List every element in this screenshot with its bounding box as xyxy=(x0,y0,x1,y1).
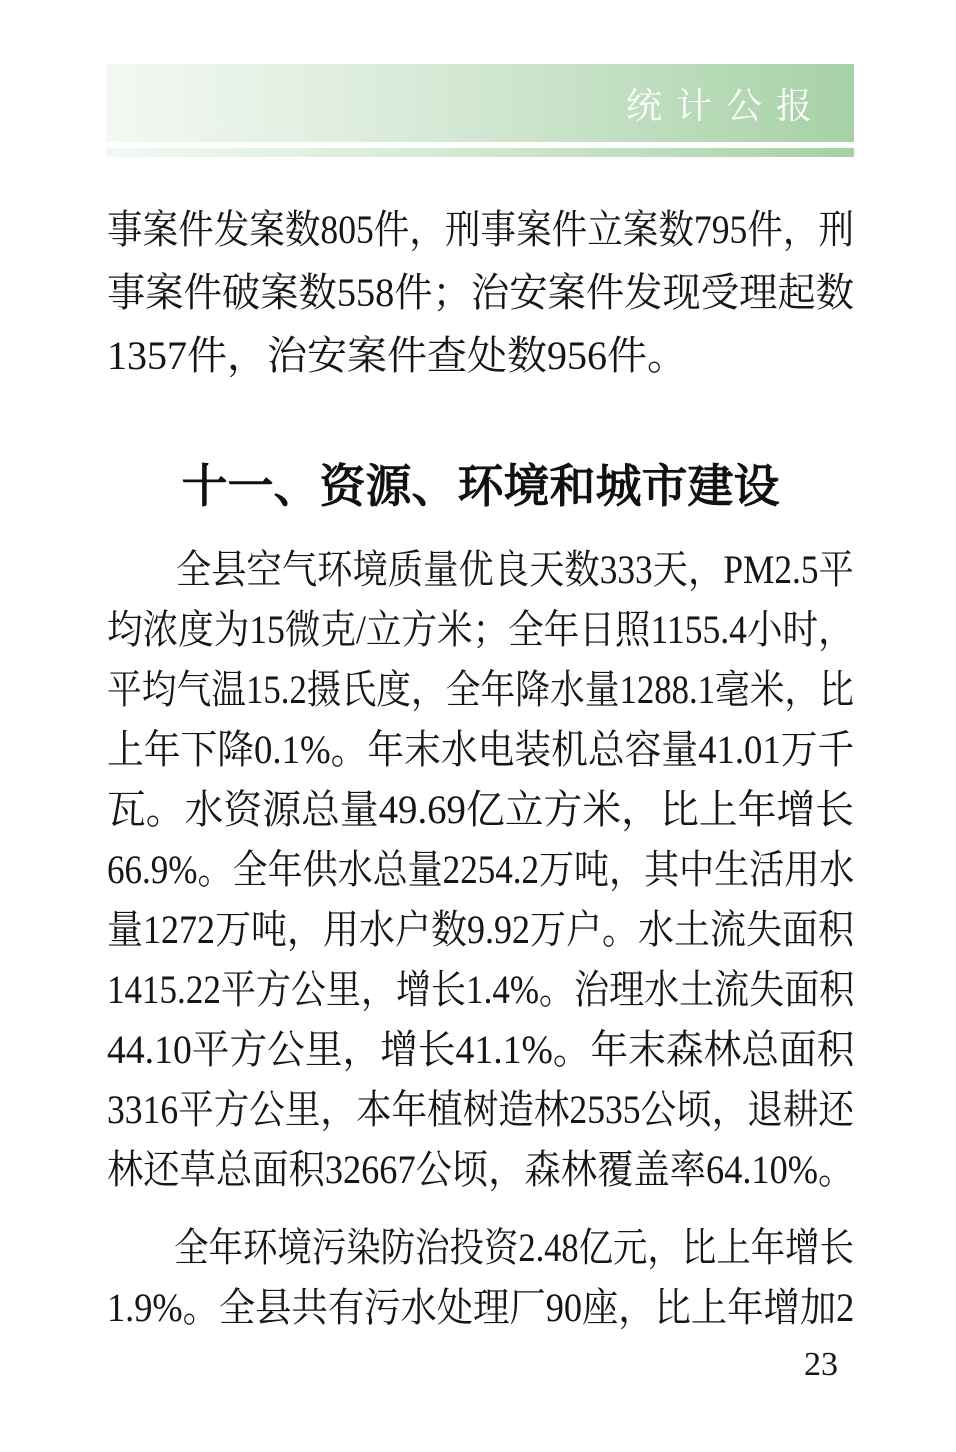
text-line: 1.9%。全县共有污水处理厂90座，比上年增加2 xyxy=(107,1278,785,1338)
section-heading: 十一、资源、环境和城市建设 xyxy=(107,452,854,522)
text-line: 3316平方公里，本年植树造林2535公顷，退耕还 xyxy=(107,1080,771,1140)
text-line: 事案件破案数558件；治安案件发现受理起数 xyxy=(107,261,822,324)
text-line: 1357件，治安案件查处数956件。 xyxy=(107,324,854,387)
header-banner-title: 统 计 公 报 xyxy=(626,78,814,129)
text-line: 44.10平方公里，增长41.1%。年末森林总面积 xyxy=(107,1020,811,1080)
header-banner: 统 计 公 报 xyxy=(106,64,854,142)
text-line: 1415.22平方公里，增长1.4%。治理水土流失面积 xyxy=(107,960,761,1020)
header-divider xyxy=(106,148,854,157)
text-line: 全年环境污染防治投资2.48亿元，比上年增长 xyxy=(107,1218,750,1278)
text-line: 平均气温15.2摄氏度，全年降水量1288.1毫米，比 xyxy=(107,660,756,720)
text-line: 瓦。水资源总量49.69亿立方米，比上年增长 xyxy=(107,780,832,840)
paragraph-environment: 全县空气环境质量优良天数333天，PM2.5平 均浓度为15微克/立方米；全年日… xyxy=(107,540,854,1200)
text-line: 量1272万吨，用水户数9.92万户。水土流失面积 xyxy=(107,900,779,960)
text-line: 全县空气环境质量优良天数333天，PM2.5平 xyxy=(107,540,767,600)
document-page: 统 计 公 报 事案件发案数805件，刑事案件立案数795件，刑 事案件破案数5… xyxy=(0,0,956,1452)
text-line: 上年下降0.1%。年末水电装机总容量41.01万千 xyxy=(107,720,793,780)
text-line: 66.9%。全年供水总量2254.2万吨，其中生活用水 xyxy=(107,840,761,900)
page-number: 23 xyxy=(780,1346,862,1384)
paragraph-pollution-control: 全年环境污染防治投资2.48亿元，比上年增长 1.9%。全县共有污水处理厂90座… xyxy=(107,1218,854,1338)
text-line: 均浓度为15微克/立方米；全年日照1155.4小时， xyxy=(107,600,771,660)
paragraph-public-security: 事案件发案数805件，刑事案件立案数795件，刑 事案件破案数558件；治安案件… xyxy=(107,198,854,387)
text-line: 林还草总面积32667公顷，森林覆盖率64.10%。 xyxy=(107,1140,785,1200)
text-line: 事案件发案数805件，刑事案件立案数795件，刑 xyxy=(107,198,771,261)
